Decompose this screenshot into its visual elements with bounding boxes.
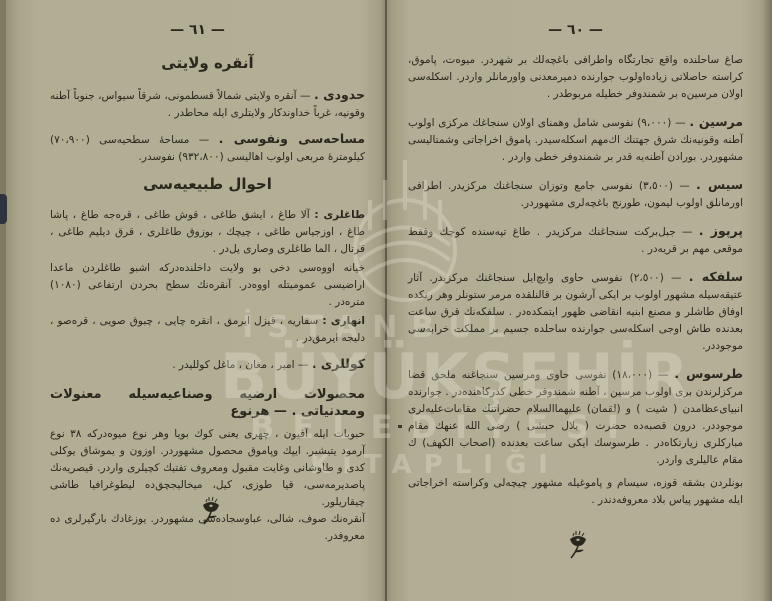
flower-ornament-icon: [198, 496, 224, 526]
paragraph-text: — جبل‌بركت سنجاغنك مركزيدر . طاغ تپه‌سند…: [408, 226, 743, 255]
flower-ornament-icon: [565, 530, 591, 560]
section-heading-products: محصولات ارضيه وصناعيه‌سيله معنولات ومعدن…: [50, 386, 365, 420]
page-number-60: — ٦٠ —: [408, 22, 743, 38]
paragraph-mersin: مرسين . — (٩،٠٠٠) نفوسى شامل وهمناى اولا…: [408, 113, 743, 166]
paragraph-lead: سيس .: [696, 177, 743, 192]
paragraph-lead: حدودى .: [314, 87, 365, 102]
paragraph-lead: طاغلرى :: [314, 209, 365, 221]
paragraph-lead: انهارى :: [322, 315, 365, 327]
section-heading-nature: احوال طبيعيه‌سى: [50, 176, 365, 193]
paragraph-lead: مرسين .: [689, 114, 743, 129]
paragraph-silifke: سلفكه . — (٢،٥٠٠) نفوسى حاوى وايچ‌ايل سن…: [408, 268, 743, 355]
left-page-body: آنقره ولايتى حدودى . — آنقره ولايتى شمال…: [50, 45, 365, 553]
paragraph-text: خيانه اووه‌سى دخى بو ولايت داخلنده‌دركه …: [50, 262, 365, 308]
right-page-body: صاغ ساحلنده واقع تجارتگاه واطرافى باغچه‌…: [408, 52, 743, 517]
left-page-edge: [0, 0, 6, 601]
book-gutter: [385, 0, 387, 601]
gutter-mark: [398, 425, 402, 428]
paragraph-other-towns: بونلردن بشقه قوزه، سيسام و پاموغيله مشهو…: [408, 475, 743, 509]
paragraph-text: — امير ، مغان ، ماغل كولليدر .: [172, 359, 308, 371]
paragraph-text: بونلردن بشقه قوزه، سيسام و پاموغيله مشهو…: [408, 477, 743, 506]
paragraph-text: صاغ ساحلنده واقع تجارتگاه واطرافى باغچه‌…: [408, 54, 743, 100]
paragraph-area-population: مساحه‌سى ونفوسى . — مساحهٔ سطحيه‌سى (٧٠،…: [50, 130, 365, 166]
paragraph-lead: مساحه‌سى ونفوسى .: [219, 131, 365, 146]
page-number-61: — ٦١ —: [30, 22, 365, 38]
right-page-edge: [764, 0, 772, 601]
chapter-title: آنقره ولايتى: [50, 55, 365, 72]
paragraph-lead: پرپوز .: [699, 223, 743, 238]
paragraph-rivers: انهارى : سقاريه ، قيزل ايرمق ، انقره چاي…: [50, 313, 365, 347]
paragraph-sis: سيس . — (٣،٥٠٠) نفوسى جامع وتوزان سنجاغن…: [408, 176, 743, 212]
paragraph-lakes: كوللرى . — امير ، مغان ، ماغل كولليدر .: [50, 355, 365, 374]
paragraph-lead: سلفكه .: [689, 269, 743, 284]
paragraph-berpuz: پرپوز . — جبل‌بركت سنجاغنك مركزيدر . طاغ…: [408, 222, 743, 258]
paragraph-adana-continued: صاغ ساحلنده واقع تجارتگاه واطرافى باغچه‌…: [408, 52, 743, 103]
paragraph-borders: حدودى . — آنقره ولايتى شمالاً قسطمونى، ش…: [50, 86, 365, 122]
binding-blot: [0, 194, 7, 224]
paragraph-text: سقاريه ، قيزل ايرمق ، انقره چايى ، چبوق …: [50, 315, 365, 344]
paragraph-plains: خيانه اووه‌سى دخى بو ولايت داخلنده‌دركه …: [50, 260, 365, 311]
book-spread: — ٦١ — آنقره ولايتى حدودى . — آنقره ولاي…: [0, 0, 772, 601]
paragraph-lead: طرسوس .: [674, 366, 743, 381]
paragraph-lead: كوللرى .: [312, 356, 365, 371]
paragraph-text: — (٢،٥٠٠) نفوسى حاوى وايچ‌ايل سنجاغنك مر…: [408, 272, 743, 352]
left-page: — ٦١ — آنقره ولايتى حدودى . — آنقره ولاي…: [20, 0, 365, 601]
right-page: — ٦٠ — صاغ ساحلنده واقع تجارتگاه واطرافى…: [408, 0, 743, 601]
paragraph-text: — (١٨،٠٠٠) نفوسى حاوى ومرسين سنجاغنه ملح…: [408, 369, 743, 466]
paragraph-tarsus: طرسوس . — (١٨،٠٠٠) نفوسى حاوى ومرسين سنج…: [408, 365, 743, 469]
paragraph-mountains: طاغلرى : آلا طاغ ، ايشق طاغى ، قوش طاغى …: [50, 207, 365, 258]
paragraph-text: — (٣،٥٠٠) نفوسى جامع وتوزان سنجاغنك مركز…: [408, 180, 743, 209]
